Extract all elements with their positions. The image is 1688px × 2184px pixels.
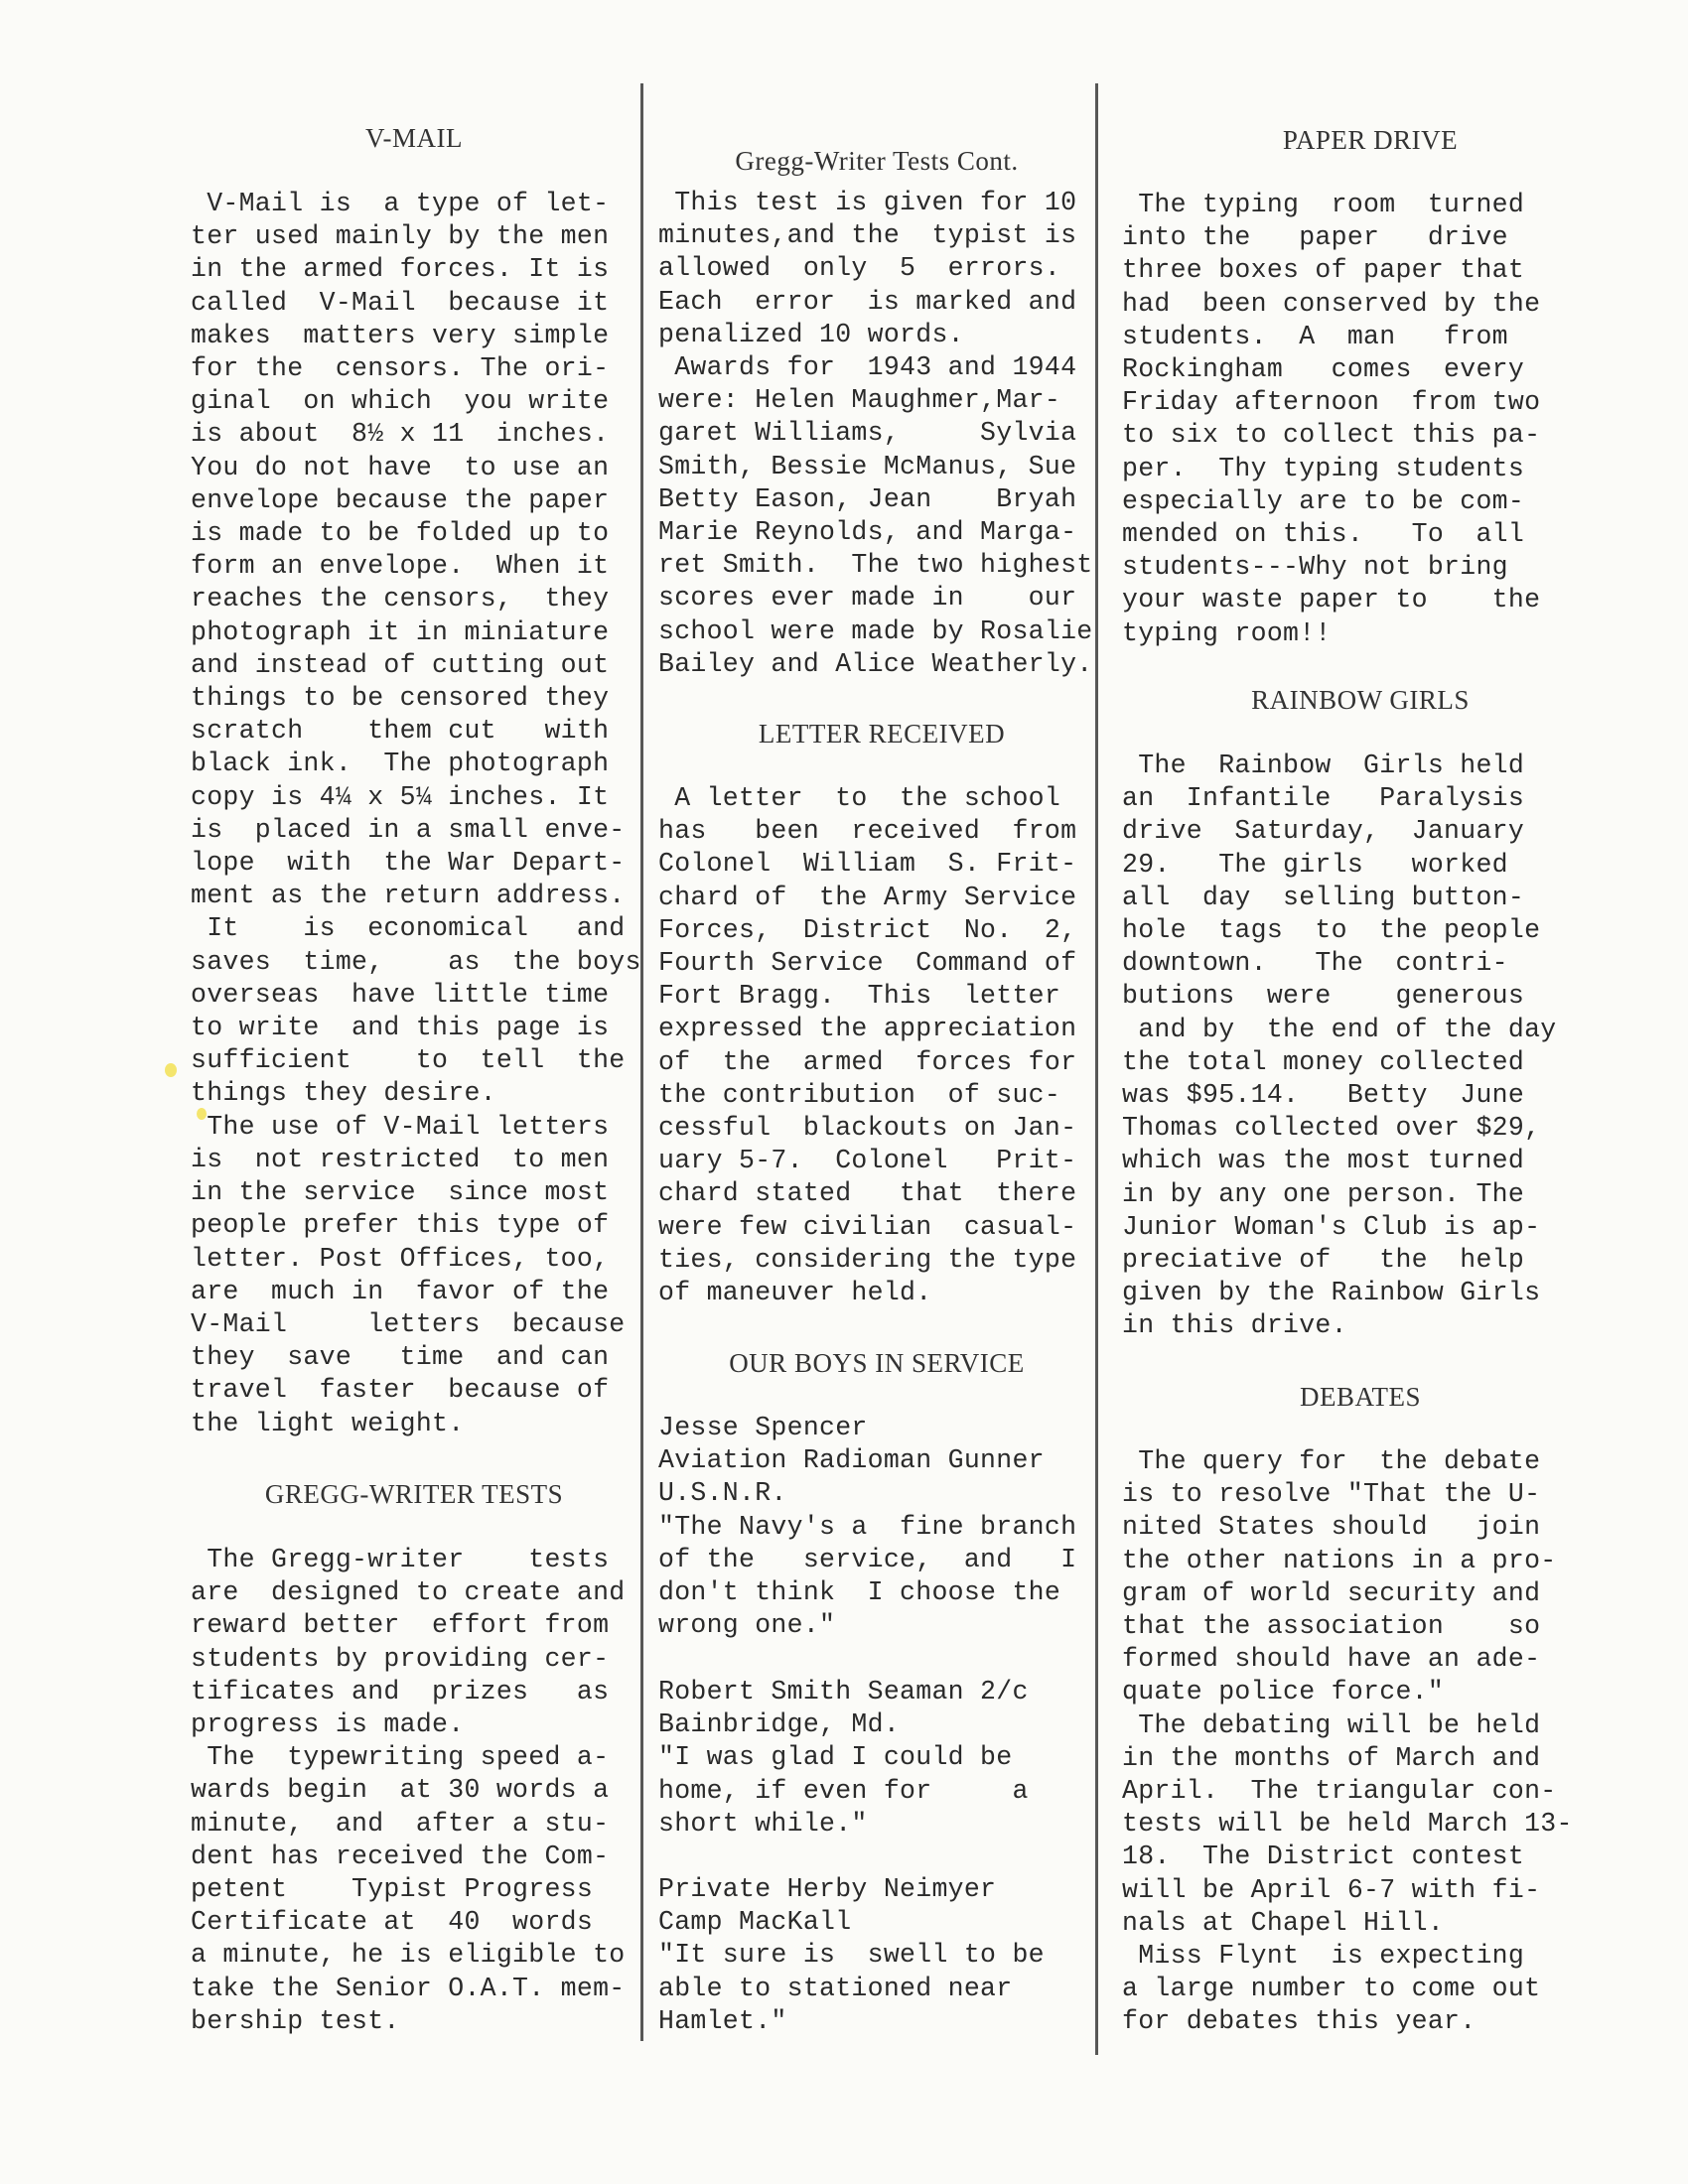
text-line: Camp MacKall xyxy=(658,1906,1045,1939)
text-line: to write and this page is xyxy=(191,1012,641,1044)
text-line: ter used mainly by the men xyxy=(191,220,641,253)
text-line: tificates and prizes as xyxy=(191,1676,625,1708)
text-line: scratch them cut with xyxy=(191,715,641,748)
article-body-letter-received: A letter to the schoolhas been received … xyxy=(658,782,1076,1309)
text-line: April. The triangular con- xyxy=(1122,1775,1573,1808)
text-line: given by the Rainbow Girls xyxy=(1122,1277,1556,1309)
text-line: Thomas collected over $29, xyxy=(1122,1112,1556,1145)
text-line: a minute, he is eligible to xyxy=(191,1939,625,1972)
text-line: makes matters very simple xyxy=(191,320,641,352)
article-body-debates: The query for the debateis to resolve "T… xyxy=(1122,1445,1573,2039)
text-line: was $95.14. Betty June xyxy=(1122,1079,1556,1112)
text-line: are much in favor of the xyxy=(191,1276,641,1308)
text-line: school were made by Rosalie xyxy=(658,615,1092,648)
text-line: You do not have to use an xyxy=(191,452,641,484)
article-heading-letter-received: LETTER RECEIVED xyxy=(658,719,1105,750)
text-line: Friday afternoon from two xyxy=(1122,386,1540,419)
text-line: V-Mail is a type of let- xyxy=(191,188,641,220)
text-line: is about 8½ x 11 inches. xyxy=(191,418,641,451)
text-line: wrong one." xyxy=(658,1609,1076,1642)
text-line: take the Senior O.A.T. mem- xyxy=(191,1973,625,2005)
text-line: will be April 6-7 with fi- xyxy=(1122,1874,1573,1907)
text-line: the other nations in a pro- xyxy=(1122,1545,1573,1577)
text-line: Jesse Spencer xyxy=(658,1412,1076,1444)
text-line: especially are to be com- xyxy=(1122,485,1540,518)
text-line: "I was glad I could be xyxy=(658,1741,1029,1774)
text-line: sufficient to tell the xyxy=(191,1044,641,1077)
text-line: typing room!! xyxy=(1122,617,1540,650)
text-line: mended on this. To all xyxy=(1122,518,1540,551)
text-line: expressed the appreciation xyxy=(658,1013,1076,1045)
text-line: for debates this year. xyxy=(1122,2005,1573,2038)
text-line: had been conserved by the xyxy=(1122,288,1540,321)
text-line: home, if even for a xyxy=(658,1775,1029,1808)
stain-mark xyxy=(165,1063,177,1077)
text-line: saves time, as the boys xyxy=(191,946,641,979)
text-line: in this drive. xyxy=(1122,1309,1556,1342)
text-line: Bailey and Alice Weatherly. xyxy=(658,648,1092,681)
text-line: Junior Woman's Club is ap- xyxy=(1122,1211,1556,1244)
text-line: of the service, and I xyxy=(658,1544,1076,1576)
text-line: is not restricted to men xyxy=(191,1144,641,1176)
text-line: copy is 4¼ x 5¼ inches. It xyxy=(191,781,641,814)
article-heading-gregg-writer-cont: Gregg-Writer Tests Cont. xyxy=(658,146,1095,177)
text-line: are designed to create and xyxy=(191,1576,625,1609)
text-line: V-Mail letters because xyxy=(191,1308,641,1341)
text-line: tests will be held March 13- xyxy=(1122,1808,1573,1841)
text-line: dent has received the Com- xyxy=(191,1841,625,1873)
text-line: people prefer this type of xyxy=(191,1209,641,1242)
text-line: Miss Flynt is expecting xyxy=(1122,1940,1573,1973)
text-line: The typing room turned xyxy=(1122,189,1540,221)
text-line: lope with the War Depart- xyxy=(191,847,641,880)
text-line: has been received from xyxy=(658,815,1076,848)
text-line: The debating will be held xyxy=(1122,1709,1573,1742)
text-line: 18. The District contest xyxy=(1122,1841,1573,1873)
text-line: envelope because the paper xyxy=(191,484,641,517)
text-line: reaches the censors, they xyxy=(191,583,641,615)
text-line: Bainbridge, Md. xyxy=(658,1708,1029,1741)
text-line: petent Typist Progress xyxy=(191,1873,625,1906)
text-line: called V-Mail because it xyxy=(191,287,641,320)
text-line: preciative of the help xyxy=(1122,1244,1556,1277)
text-line: It is economical and xyxy=(191,912,641,945)
article-heading-paper-drive: PAPER DRIVE xyxy=(1122,125,1618,156)
text-line: Aviation Radioman Gunner xyxy=(658,1444,1076,1477)
text-line: Betty Eason, Jean Bryah xyxy=(658,483,1092,516)
text-line: Robert Smith Seaman 2/c xyxy=(658,1676,1029,1708)
column-divider-right xyxy=(1095,83,1098,2055)
text-line: nals at Chapel Hill. xyxy=(1122,1907,1573,1940)
text-line: Colonel William S. Frit- xyxy=(658,848,1076,881)
text-line: to six to collect this pa- xyxy=(1122,419,1540,452)
text-line: were: Helen Maughmer,Mar- xyxy=(658,384,1092,417)
article-body-gregg-writer-tests: The Gregg-writer testsare designed to cr… xyxy=(191,1544,625,2038)
text-line: Smith, Bessie McManus, Sue xyxy=(658,451,1092,483)
text-line: The Rainbow Girls held xyxy=(1122,750,1556,782)
text-line: form an envelope. When it xyxy=(191,550,641,583)
text-line: "It sure is swell to be xyxy=(658,1939,1045,1972)
text-line: Awards for 1943 and 1944 xyxy=(658,351,1092,384)
text-line: A letter to the school xyxy=(658,782,1076,815)
text-line: minutes,and the typist is xyxy=(658,219,1092,252)
text-line: minute, and after a stu- xyxy=(191,1808,625,1841)
text-line: your waste paper to the xyxy=(1122,584,1540,616)
article-body-v-mail: V-Mail is a type of let-ter used mainly … xyxy=(191,188,641,1440)
text-line: in the service since most xyxy=(191,1176,641,1209)
text-line: chard stated that there xyxy=(658,1177,1076,1210)
text-line: were few civilian casual- xyxy=(658,1211,1076,1244)
text-line: The query for the debate xyxy=(1122,1445,1573,1478)
text-line: butions were generous xyxy=(1122,980,1556,1013)
text-line: scores ever made in our xyxy=(658,582,1092,614)
article-body-paper-drive: The typing room turnedinto the paper dri… xyxy=(1122,189,1540,650)
text-line: garet Williams, Sylvia xyxy=(658,417,1092,450)
text-line: in the months of March and xyxy=(1122,1742,1573,1775)
text-line: Rockingham comes every xyxy=(1122,353,1540,386)
text-line: gram of world security and xyxy=(1122,1577,1573,1610)
text-line: The use of V-Mail letters xyxy=(191,1111,641,1144)
text-line: Private Herby Neimyer xyxy=(658,1873,1045,1906)
text-line: uary 5-7. Colonel Prit- xyxy=(658,1145,1076,1177)
text-line: Fort Bragg. This letter xyxy=(658,980,1076,1013)
text-line: 29. The girls worked xyxy=(1122,849,1556,882)
text-line: drive Saturday, January xyxy=(1122,815,1556,848)
text-line: photograph it in miniature xyxy=(191,616,641,649)
text-line: of maneuver held. xyxy=(658,1277,1076,1309)
text-line: U.S.N.R. xyxy=(658,1477,1076,1510)
text-line: penalized 10 words. xyxy=(658,319,1092,351)
text-line: an Infantile Paralysis xyxy=(1122,782,1556,815)
text-line: in the armed forces. It is xyxy=(191,253,641,286)
text-line: the contribution of suc- xyxy=(658,1079,1076,1112)
text-line: things they desire. xyxy=(191,1077,641,1110)
text-line: a large number to come out xyxy=(1122,1973,1573,2005)
text-line: The typewriting speed a- xyxy=(191,1741,625,1774)
text-line: chard of the Army Service xyxy=(658,882,1076,914)
text-line: things to be censored they xyxy=(191,682,641,715)
text-line: overseas have little time xyxy=(191,979,641,1012)
text-line: all day selling button- xyxy=(1122,882,1556,914)
text-line: don't think I choose the xyxy=(658,1576,1076,1609)
text-line: Each error is marked and xyxy=(658,286,1092,319)
text-line: able to stationed near xyxy=(658,1973,1045,2005)
article-body-rainbow-girls: The Rainbow Girls heldan Infantile Paral… xyxy=(1122,750,1556,1343)
text-line: the total money collected xyxy=(1122,1046,1556,1079)
text-line: which was the most turned xyxy=(1122,1145,1556,1177)
text-line: per. Thy typing students xyxy=(1122,453,1540,485)
article-heading-debates: DEBATES xyxy=(1122,1382,1599,1413)
text-line: and instead of cutting out xyxy=(191,649,641,682)
text-line: Hamlet." xyxy=(658,2005,1045,2038)
text-line: downtown. The contri- xyxy=(1122,947,1556,980)
text-line: cessful blackouts on Jan- xyxy=(658,1112,1076,1145)
text-line: of the armed forces for xyxy=(658,1046,1076,1079)
text-line: formed should have an ade- xyxy=(1122,1643,1573,1676)
service-entry-robert-smith: Robert Smith Seaman 2/cBainbridge, Md."I… xyxy=(658,1676,1029,1841)
text-line: three boxes of paper that xyxy=(1122,254,1540,287)
text-line: quate police force." xyxy=(1122,1676,1573,1708)
text-line: that the association so xyxy=(1122,1610,1573,1643)
text-line: into the paper drive xyxy=(1122,221,1540,254)
text-line: reward better effort from xyxy=(191,1609,625,1642)
text-line: hole tags to the people xyxy=(1122,914,1556,947)
text-line: This test is given for 10 xyxy=(658,187,1092,219)
text-line: nited States should join xyxy=(1122,1511,1573,1544)
text-line: allowed only 5 errors. xyxy=(658,252,1092,285)
text-line: the light weight. xyxy=(191,1408,641,1440)
text-line: students by providing cer- xyxy=(191,1643,625,1676)
text-line: is placed in a small enve- xyxy=(191,814,641,847)
text-line: for the censors. The ori- xyxy=(191,352,641,385)
text-line: Forces, District No. 2, xyxy=(658,914,1076,947)
text-line: ginal on which you write xyxy=(191,385,641,418)
text-line: short while." xyxy=(658,1808,1029,1841)
text-line: ment as the return address. xyxy=(191,880,641,912)
text-line: ties, considering the type xyxy=(658,1244,1076,1277)
text-line: progress is made. xyxy=(191,1708,625,1741)
text-line: travel faster because of xyxy=(191,1374,641,1407)
service-entry-herby-neimyer: Private Herby NeimyerCamp MacKall"It sur… xyxy=(658,1873,1045,2038)
text-line: is made to be folded up to xyxy=(191,517,641,550)
text-line: ret Smith. The two highest xyxy=(658,549,1092,582)
newsletter-page: V-MAIL V-Mail is a type of let-ter used … xyxy=(0,0,1688,2184)
text-line: bership test. xyxy=(191,2005,625,2038)
article-heading-our-boys-in-service: OUR BOYS IN SERVICE xyxy=(658,1348,1095,1379)
article-heading-v-mail: V-MAIL xyxy=(191,123,637,154)
text-line: wards begin at 30 words a xyxy=(191,1774,625,1807)
article-heading-gregg-writer-tests: GREGG-WRITER TESTS xyxy=(191,1479,637,1510)
text-line: students. A man from xyxy=(1122,321,1540,353)
text-line: in by any one person. The xyxy=(1122,1178,1556,1211)
text-line: and by the end of the day xyxy=(1122,1014,1556,1046)
text-line: Marie Reynolds, and Marga- xyxy=(658,516,1092,549)
text-line: Certificate at 40 words xyxy=(191,1906,625,1939)
text-line: they save time and can xyxy=(191,1341,641,1374)
service-entry-jesse-spencer: Jesse SpencerAviation Radioman GunnerU.S… xyxy=(658,1412,1076,1642)
text-line: letter. Post Offices, too, xyxy=(191,1243,641,1276)
text-line: Fourth Service Command of xyxy=(658,947,1076,980)
text-line: is to resolve "That the U- xyxy=(1122,1478,1573,1511)
text-line: students---Why not bring xyxy=(1122,551,1540,584)
text-line: The Gregg-writer tests xyxy=(191,1544,625,1576)
article-heading-rainbow-girls: RAINBOW GIRLS xyxy=(1122,685,1599,716)
text-line: black ink. The photograph xyxy=(191,748,641,780)
text-line: "The Navy's a fine branch xyxy=(658,1511,1076,1544)
article-body-gregg-writer-cont: This test is given for 10minutes,and the… xyxy=(658,187,1092,681)
